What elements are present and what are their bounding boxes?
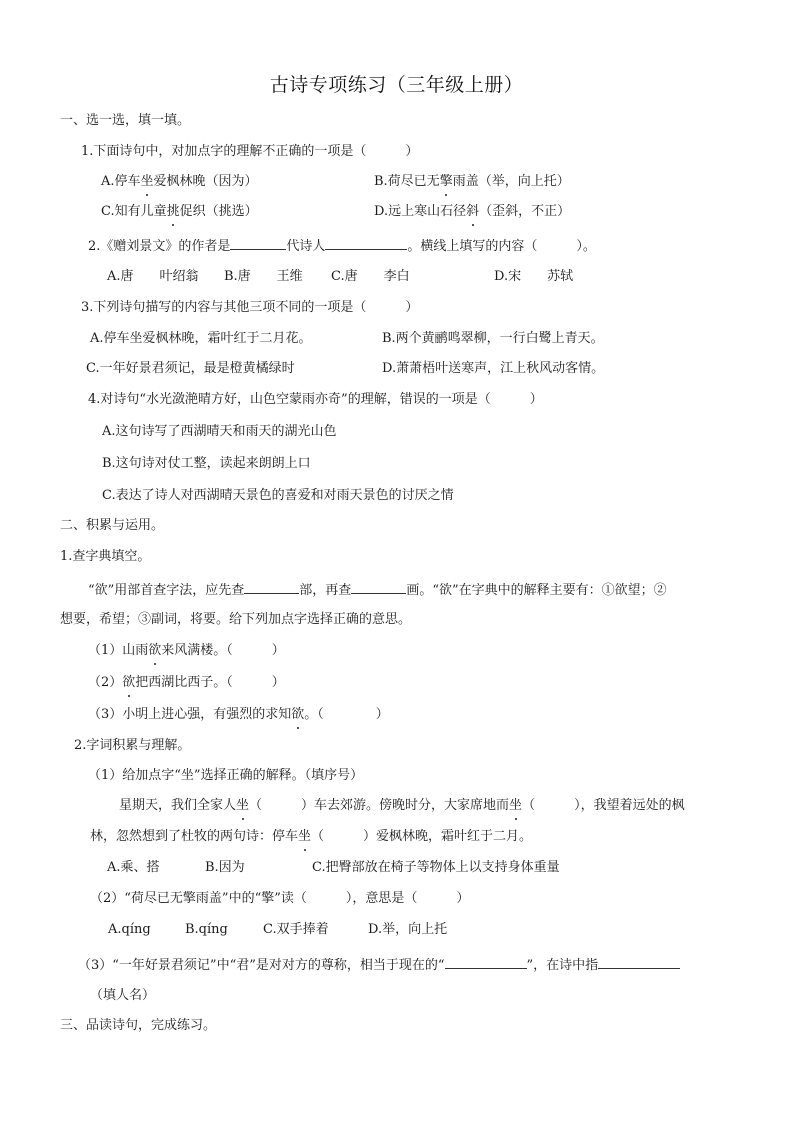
q1-option-c: C.知有儿童挑促织（挑选） bbox=[101, 203, 258, 221]
fill-blank-dynasty[interactable] bbox=[230, 236, 286, 250]
passage-text: （ ）车去郊游。傍晚时分，大家席地而 bbox=[249, 798, 509, 813]
q1-option-b: B.荷尽已无擎雨盖（举，向上托） bbox=[374, 173, 570, 191]
dotted-char: 欲 bbox=[148, 642, 161, 660]
dotted-char: 欲 bbox=[122, 674, 135, 692]
sub3-text: ”，在诗中指 bbox=[527, 958, 599, 973]
q4-option-b: B.这句诗对仗工整，读起来朗朗上口 bbox=[102, 455, 311, 473]
dotted-char: 挑 bbox=[167, 203, 180, 221]
page-title: 古诗专项练习（三年级上册） bbox=[0, 70, 793, 97]
s2-q2-title: 2.字词积累与理解。 bbox=[74, 737, 190, 755]
q1-option-a: A.停车坐爱枫林晚（因为） bbox=[101, 173, 258, 191]
fill-blank-poet[interactable] bbox=[325, 236, 407, 250]
s2-q1-paragraph-line2: 想要，希望；③副词，将要。给下列加点字选择正确的意思。 bbox=[60, 611, 411, 629]
s2-q2-sub2-option-d: D.举，向上托 bbox=[368, 921, 447, 939]
q1-stem: 1.下面诗句中，对加点字的理解不正确的一项是（ ） bbox=[81, 143, 418, 161]
paragraph-text: 画。“欲”在字典中的解释主要有：①欲望；② bbox=[406, 583, 666, 598]
passage-text: （ ），我望着远处的枫 bbox=[522, 798, 685, 813]
option-text: B.荷尽已无 bbox=[374, 174, 440, 189]
section-1-heading: 一、选一选，填一填。 bbox=[60, 112, 190, 130]
option-text: 爱枫林晚（因为） bbox=[154, 174, 258, 189]
q3-option-a: A.停车坐爱枫林晚，霜叶红于二月花。 bbox=[90, 330, 312, 348]
q3-stem: 3.下列诗句描写的内容与其他三项不同的一项是（ ） bbox=[81, 299, 418, 317]
fill-blank-radical[interactable] bbox=[244, 580, 299, 594]
passage-text: 星期天，我们全家人 bbox=[119, 798, 236, 813]
q3-option-c: C.一年好景君须记，最是橙黄橘绿时 bbox=[86, 360, 295, 378]
s2-q2-sub2-option-b: B.qíng bbox=[185, 921, 228, 939]
option-text: C.知有儿童 bbox=[101, 204, 167, 219]
fill-blank-modern-term[interactable] bbox=[445, 955, 527, 969]
item-text: 。（ ） bbox=[304, 707, 389, 722]
item-text: （3）小明上进心强，有强烈的求知 bbox=[88, 707, 291, 722]
q2-stem-part: 2.《赠刘景文》的作者是 bbox=[88, 239, 230, 254]
q3-option-b: B.两个黄鹂鸣翠柳，一行白鹭上青天。 bbox=[382, 330, 604, 348]
section-3-heading: 三、品读诗句，完成练习。 bbox=[60, 1017, 216, 1035]
q2-option-a: A.唐 叶绍翁 bbox=[107, 268, 199, 286]
q2-option-d: D.宋 苏轼 bbox=[494, 268, 573, 286]
s2-q1-title: 1.查字典填空。 bbox=[60, 548, 150, 566]
s2-q2-sub1-passage-line1: 星期天，我们全家人坐（ ）车去郊游。傍晚时分，大家席地而坐（ ），我望着远处的枫 bbox=[119, 797, 685, 815]
dotted-char: 斜 bbox=[466, 203, 479, 221]
sub3-text: （3）“一年好景君须记”中“君”是对对方的尊称，相当于现在的“ bbox=[78, 958, 445, 973]
item-text: （1）山雨 bbox=[88, 643, 148, 658]
option-text: 雨盖（举，向上托） bbox=[453, 174, 570, 189]
s2-q2-sub2-option-a: A.qíng bbox=[108, 921, 151, 939]
dotted-char: 坐 bbox=[141, 173, 154, 191]
q1-option-d: D.远上寒山石径斜（歪斜，不正） bbox=[374, 203, 570, 221]
q2-option-c: C.唐 李白 bbox=[331, 268, 410, 286]
s2-q2-sub1-passage-line2: 林，忽然想到了杜牧的两句诗：停车坐（ ）爱枫林晚，霜叶红于二月。 bbox=[90, 828, 532, 846]
dotted-char: 擎 bbox=[440, 173, 453, 191]
q2-stem: 2.《赠刘景文》的作者是代诗人。横线上填写的内容（ ）。 bbox=[88, 236, 596, 256]
q2-option-b: B.唐 王维 bbox=[224, 268, 303, 286]
option-text: 促织（挑选） bbox=[180, 204, 258, 219]
s2-q2-sub1-option-a: A.乘、搭 bbox=[107, 859, 160, 877]
fill-blank-strokes[interactable] bbox=[351, 580, 406, 594]
option-text: A.停车 bbox=[101, 174, 141, 189]
s2-q1-item-2: （2）欲把西湖比西子。（ ） bbox=[88, 674, 285, 692]
dotted-char: 坐 bbox=[236, 797, 249, 815]
fill-blank-person-name[interactable] bbox=[598, 955, 680, 969]
passage-text: 林，忽然想到了杜牧的两句诗：停车 bbox=[90, 829, 298, 844]
s2-q2-sub3-note: （填人名） bbox=[90, 987, 155, 1005]
dotted-char: 坐 bbox=[509, 797, 522, 815]
s2-q2-sub1-stem: （1）给加点字“坐”选择正确的解释。（填序号） bbox=[88, 767, 363, 785]
q2-stem-part: 。横线上填写的内容（ ）。 bbox=[407, 239, 596, 254]
s2-q2-sub1-option-c: C.把臀部放在椅子等物体上以支持身体重量 bbox=[312, 859, 560, 877]
s2-q2-sub2-option-c: C.双手捧着 bbox=[263, 921, 329, 939]
dotted-char: 欲 bbox=[291, 706, 304, 724]
item-text: 来风满楼。（ ） bbox=[161, 643, 285, 658]
s2-q2-sub1-option-b: B.因为 bbox=[205, 859, 245, 877]
s2-q2-sub3-stem: （3）“一年好景君须记”中“君”是对对方的尊称，相当于现在的“”，在诗中指 bbox=[78, 955, 680, 975]
option-text: D.远上寒山石径 bbox=[374, 204, 466, 219]
s2-q1-paragraph-line1: “欲”用部首查字法，应先查部，再查画。“欲”在字典中的解释主要有：①欲望；② bbox=[88, 580, 667, 600]
q4-option-c: C.表达了诗人对西湖晴天景色的喜爱和对雨天景色的讨厌之情 bbox=[102, 487, 454, 505]
dotted-char: 坐 bbox=[298, 828, 311, 846]
item-text: 把西湖比西子。（ ） bbox=[135, 675, 285, 690]
item-text: （2） bbox=[88, 675, 122, 690]
paragraph-text: “欲”用部首查字法，应先查 bbox=[88, 583, 244, 598]
q4-stem: 4.对诗句“水光潋滟晴方好，山色空蒙雨亦奇”的理解，错误的一项是（ ） bbox=[88, 391, 543, 409]
passage-text: （ ）爱枫林晚，霜叶红于二月。 bbox=[311, 829, 532, 844]
section-2-heading: 二、积累与运用。 bbox=[60, 517, 164, 535]
q3-option-d: D.萧萧梧叶送寒声，江上秋风动客情。 bbox=[382, 360, 604, 378]
q2-stem-part: 代诗人 bbox=[286, 239, 325, 254]
s2-q1-item-3: （3）小明上进心强，有强烈的求知欲。（ ） bbox=[88, 706, 389, 724]
q4-option-a: A.这句诗写了西湖晴天和雨天的湖光山色 bbox=[102, 423, 337, 441]
paragraph-text: 部，再查 bbox=[299, 583, 351, 598]
option-text: （歪斜，不正） bbox=[479, 204, 570, 219]
s2-q1-item-1: （1）山雨欲来风满楼。（ ） bbox=[88, 642, 285, 660]
s2-q2-sub2-stem: （2）“荷尽已无擎雨盖”中的“擎”读（ ），意思是（ ） bbox=[90, 890, 469, 908]
